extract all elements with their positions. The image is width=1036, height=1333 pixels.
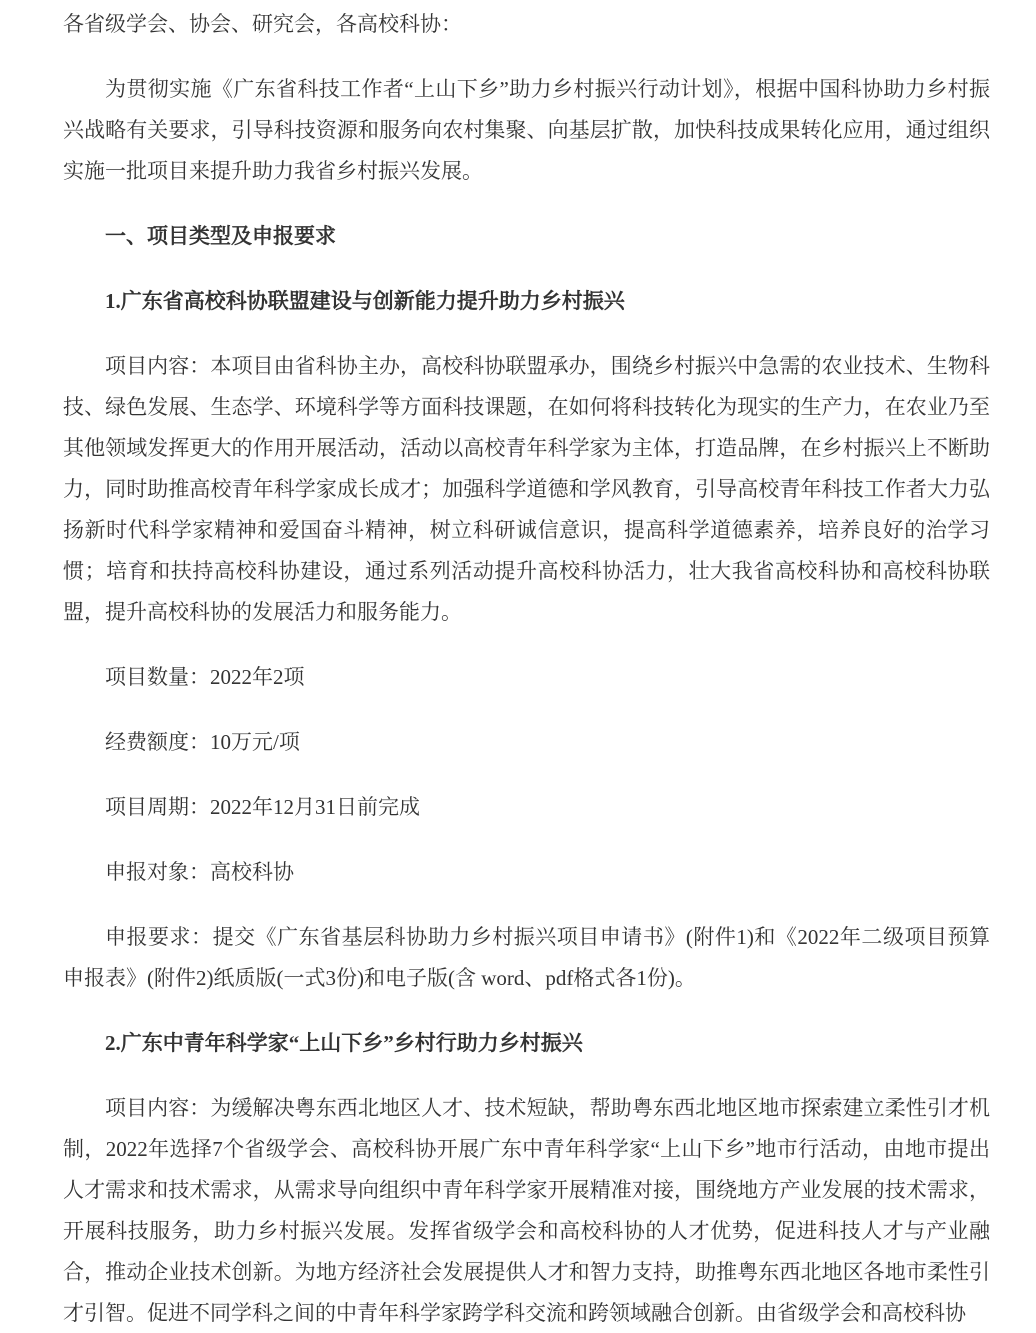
intro-paragraph: 为贯彻实施《广东省科技工作者“上山下乡”助力乡村振兴行动计划》，根据中国科协助力… bbox=[63, 69, 990, 192]
project-1-applicant: 申报对象：高校科协 bbox=[63, 852, 990, 893]
project-1-heading: 1.广东省高校科协联盟建设与创新能力提升助力乡村振兴 bbox=[63, 281, 990, 322]
section-1-heading: 一、项目类型及申报要求 bbox=[63, 216, 990, 257]
salutation: 各省级学会、协会、研究会，各高校科协： bbox=[63, 4, 990, 45]
project-1-budget: 经费额度：10万元/项 bbox=[63, 722, 990, 763]
project-1-content: 项目内容：本项目由省科协主办，高校科协联盟承办，围绕乡村振兴中急需的农业技术、生… bbox=[63, 346, 990, 633]
project-2-heading: 2.广东中青年科学家“上山下乡”乡村行助力乡村振兴 bbox=[63, 1023, 990, 1064]
project-1-requirements: 申报要求：提交《广东省基层科协助力乡村振兴项目申请书》(附件1)和《2022年二… bbox=[63, 917, 990, 999]
project-1-period: 项目周期：2022年12月31日前完成 bbox=[63, 787, 990, 828]
document-page: 各省级学会、协会、研究会，各高校科协： 为贯彻实施《广东省科技工作者“上山下乡”… bbox=[0, 0, 1036, 1333]
project-1-quantity: 项目数量：2022年2项 bbox=[63, 657, 990, 698]
project-2-content: 项目内容：为缓解决粤东西北地区人才、技术短缺，帮助粤东西北地区地市探索建立柔性引… bbox=[63, 1088, 990, 1333]
